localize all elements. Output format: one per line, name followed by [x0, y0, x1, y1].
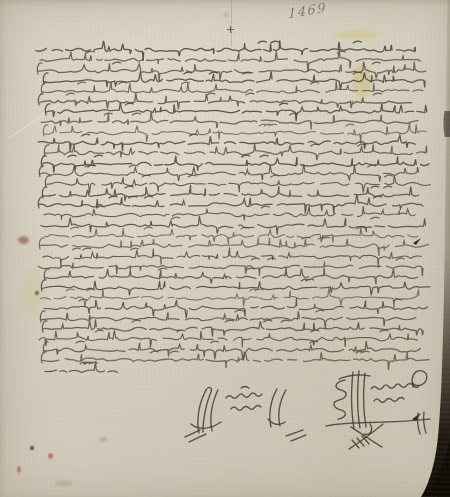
- text-line: [39, 164, 418, 181]
- text-line: [39, 330, 418, 347]
- text-line: [38, 195, 423, 214]
- text-line: [36, 40, 415, 61]
- text-line: [41, 155, 429, 173]
- signature-stroke: [198, 388, 212, 433]
- signature-stroke: [185, 430, 200, 437]
- signature-stroke: [189, 434, 206, 442]
- text-line: [41, 112, 418, 130]
- text-line: [45, 103, 426, 122]
- text-line: [45, 227, 418, 244]
- text-line: [42, 319, 423, 336]
- text-line: [37, 62, 425, 82]
- signature-stroke: [352, 372, 354, 429]
- rubric-signature-right: [326, 371, 430, 449]
- manuscript-photo: { "page": { "paper_color": "#d6d0c1", "i…: [0, 0, 450, 497]
- right-edge-notch: [443, 111, 450, 137]
- signature-stroke: [339, 375, 370, 379]
- text-line: [44, 298, 428, 318]
- signature-stroke: [364, 373, 366, 427]
- handwriting-layer: [0, 0, 450, 497]
- text-line: [43, 341, 420, 361]
- text-line: [44, 206, 415, 220]
- text-line: [38, 93, 411, 109]
- text-line: [41, 81, 423, 94]
- signature-stroke: [286, 430, 303, 436]
- text-line: [45, 175, 430, 193]
- text-line: [41, 216, 426, 235]
- signature-stroke: [374, 398, 404, 403]
- rubric-signature-left: [185, 387, 306, 443]
- text-line: [44, 143, 426, 160]
- signature-stroke: [412, 371, 427, 387]
- arrow-blot-right-margin: [413, 238, 421, 245]
- cross-mark: +: [226, 23, 235, 36]
- signature-stroke: [226, 393, 262, 398]
- signature-stroke: [231, 406, 261, 411]
- text-line: [43, 123, 426, 144]
- text-line: [44, 267, 417, 284]
- signature-stroke: [358, 371, 360, 428]
- signature-stroke: [241, 387, 249, 389]
- text-line: [38, 258, 423, 276]
- signature-stroke: [291, 435, 306, 441]
- text-line: [43, 72, 425, 90]
- signature-stroke: [334, 380, 346, 419]
- text-line: [41, 279, 430, 295]
- signatures: [185, 371, 430, 449]
- signature-stroke: [191, 422, 221, 428]
- body-text-lines: [36, 40, 430, 372]
- text-line: [41, 351, 429, 370]
- paper-edge-shadow: [421, 0, 450, 497]
- right-edge-dark-band: [421, 0, 450, 497]
- signature-stroke: [424, 412, 426, 433]
- signature-stroke: [279, 390, 286, 426]
- text-line: [45, 362, 118, 373]
